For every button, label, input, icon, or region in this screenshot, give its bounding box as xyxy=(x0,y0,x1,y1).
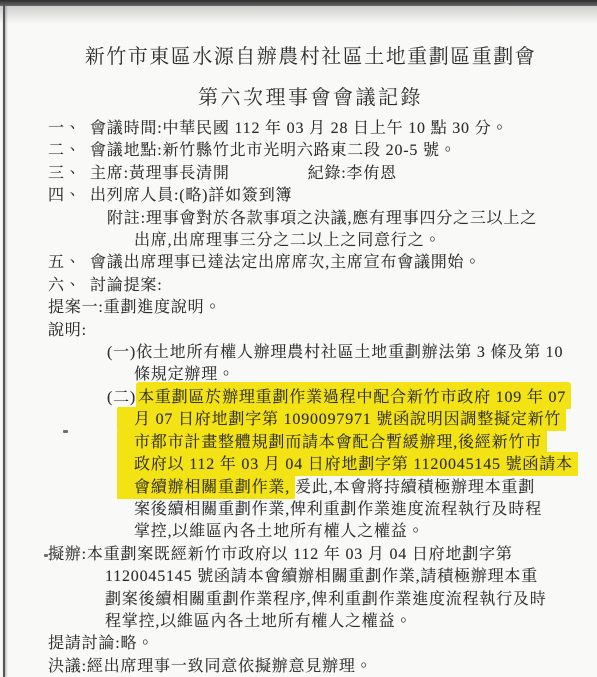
document-content: 新竹市東區水源自辦農村社區土地重劃區重劃會 第六次理事會會議記錄 一、會議時間:… xyxy=(0,0,597,677)
explanation-1b-text: 條規定辦理。 xyxy=(134,366,235,383)
list-marker-2: 二、 xyxy=(48,140,90,162)
discussion-header-text: 討論提案: xyxy=(90,277,162,294)
line-attendees: 四、出列席人員:(略)詳如簽到簿 xyxy=(48,185,573,207)
line-plan-3: 劃案後續相關重劃作業程序,俾利重劃作業進度流程執行及時 xyxy=(48,589,573,611)
line-explanation-2d: 政府以 112 年 03 月 04 日府地劃字第 1120045145 號函請本 xyxy=(48,454,573,476)
line-resolution: 決議:經出席理事一致同意依擬辦意見辦理。 xyxy=(48,656,573,677)
explanation-2f-text: 案後續相關重劃作業,俾利重劃作業進度流程執行及時程 xyxy=(134,501,542,518)
item-1-prefix: (一) xyxy=(107,344,136,361)
meeting-place-text: 會議地點:新竹縣竹北市光明六路東二段 20-5 號。 xyxy=(90,142,457,159)
line-explanation-2b: 月 07 日府地劃字第 1090097971 號函說明因調整擬定新竹 xyxy=(48,409,573,431)
line-note-1: 附註:理事會對於各款事項之決議,應有理事四分之三以上之 xyxy=(48,208,573,230)
highlighted-text-4: 政府以 112 年 03 月 04 日府地劃字第 1120045145 號函請本 xyxy=(117,452,578,476)
open-discussion-text: 提請討論:略。 xyxy=(48,635,154,652)
recorder-text: 紀錄:李侑恩 xyxy=(308,165,397,182)
quorum-text: 會議出席理事已達法定出席席次,主席宣布會議開始。 xyxy=(90,254,481,271)
highlighted-text-5: 會續辦相關重劃作業, xyxy=(117,475,295,499)
line-plan-4: 程掌控,以維區內各土地所有權人之權益。 xyxy=(48,611,573,633)
line-explanation-2f: 案後續相關重劃作業,俾利重劃作業進度流程執行及時程 xyxy=(48,499,573,521)
explanation-1a-text: 依土地所有權人辦理農村社區土地重劃辦法第 3 條及第 10 xyxy=(136,344,563,361)
highlighted-text-2: 月 07 日府地劃字第 1090097971 號函說明因調整擬定新竹 xyxy=(117,407,566,431)
line-chair-recorder: 三、主席:黃理事長清開紀錄:李侑恩 xyxy=(48,163,573,185)
line-plan-1: 擬辦:本重劃案既經新竹市政府以 112 年 03 月 04 日府地劃字第 xyxy=(48,544,573,566)
line-note-2: 出席,出席理事三分之二以上之同意行之。 xyxy=(48,230,573,252)
resolution-text: 決議:經出席理事一致同意依擬辦意見辦理。 xyxy=(48,658,372,675)
proposal-1-text: 提案一:重劃進度說明。 xyxy=(48,299,221,316)
item-2-prefix: (二) xyxy=(107,389,136,406)
line-open-discussion: 提請討論:略。 xyxy=(48,633,573,655)
line-discussion-header: 六、討論提案: xyxy=(48,275,573,297)
list-marker-6: 六、 xyxy=(48,275,90,297)
line-proposal-1: 提案一:重劃進度說明。 xyxy=(48,297,573,319)
explanation-2e-text: 爰此,本會將持續積極辦理本重劃 xyxy=(295,479,535,496)
line-explanation-2g: 掌控,以維區內各土地所有權人之權益。 xyxy=(48,521,573,543)
line-explanation-label: 說明: xyxy=(48,320,573,342)
line-explanation-1b: 條規定辦理。 xyxy=(48,364,573,386)
document-title: 新竹市東區水源自辦農村社區土地重劃區重劃會 xyxy=(48,40,573,69)
highlighted-text-1: 本重劃區於辦理重劃作業過程中配合新竹市政府 109 年 07 xyxy=(136,385,571,409)
list-marker-3: 三、 xyxy=(48,163,90,185)
line-explanation-2a: (二)本重劃區於辦理重劃作業過程中配合新竹市政府 109 年 07 xyxy=(48,387,573,409)
line-explanation-2c: 市都市計畫整體規劃而請本會配合暫緩辦理,後經新竹市 xyxy=(48,432,573,454)
plan-text-1: 擬辦:本重劃案既經新竹市政府以 112 年 03 月 04 日府地劃字第 xyxy=(48,546,513,563)
line-explanation-2e: 會續辦相關重劃作業,爰此,本會將持續積極辦理本重劃 xyxy=(48,477,573,499)
line-plan-2: 1120045145 號函請本會續辦相關重劃作業,請積極辦理本重 xyxy=(48,566,573,588)
list-marker-1: 一、 xyxy=(48,118,90,140)
highlighted-text-3: 市都市計畫整體規劃而請本會配合暫緩辦理,後經新竹市 xyxy=(117,430,547,454)
note-text-1: 附註:理事會對於各款事項之決議,應有理事四分之三以上之 xyxy=(107,210,537,227)
note-text-2: 出席,出席理事三分之二以上之同意行之。 xyxy=(134,232,441,249)
attendees-text: 出列席人員:(略)詳如簽到簿 xyxy=(90,187,292,204)
line-explanation-1a: (一)依土地所有權人辦理農村社區土地重劃辦法第 3 條及第 10 xyxy=(48,342,573,364)
meeting-time-text: 會議時間:中華民國 112 年 03 月 28 日上午 10 點 30 分。 xyxy=(90,120,508,137)
plan-text-3: 劃案後續相關重劃作業程序,俾利重劃作業進度流程執行及時 xyxy=(105,591,547,608)
chair-text: 主席:黃理事長清開 xyxy=(90,165,230,182)
explanation-label-text: 說明: xyxy=(48,322,87,339)
explanation-2g-text: 掌控,以維區內各土地所有權人之權益。 xyxy=(134,523,424,540)
line-meeting-time: 一、會議時間:中華民國 112 年 03 月 28 日上午 10 點 30 分。 xyxy=(48,118,573,140)
line-meeting-place: 二、會議地點:新竹縣竹北市光明六路東二段 20-5 號。 xyxy=(48,140,573,162)
scanned-document-page: 新竹市東區水源自辦農村社區土地重劃區重劃會 第六次理事會會議記錄 一、會議時間:… xyxy=(0,0,597,677)
plan-text-2: 1120045145 號函請本會續辦相關重劃作業,請積極辦理本重 xyxy=(105,568,538,585)
line-quorum: 五、會議出席理事已達法定出席席次,主席宣布會議開始。 xyxy=(48,252,573,274)
list-marker-5: 五、 xyxy=(48,252,90,274)
plan-text-4: 程掌控,以維區內各土地所有權人之權益。 xyxy=(105,613,412,630)
list-marker-4: 四、 xyxy=(48,185,90,207)
document-subtitle: 第六次理事會會議記錄 xyxy=(48,81,573,110)
